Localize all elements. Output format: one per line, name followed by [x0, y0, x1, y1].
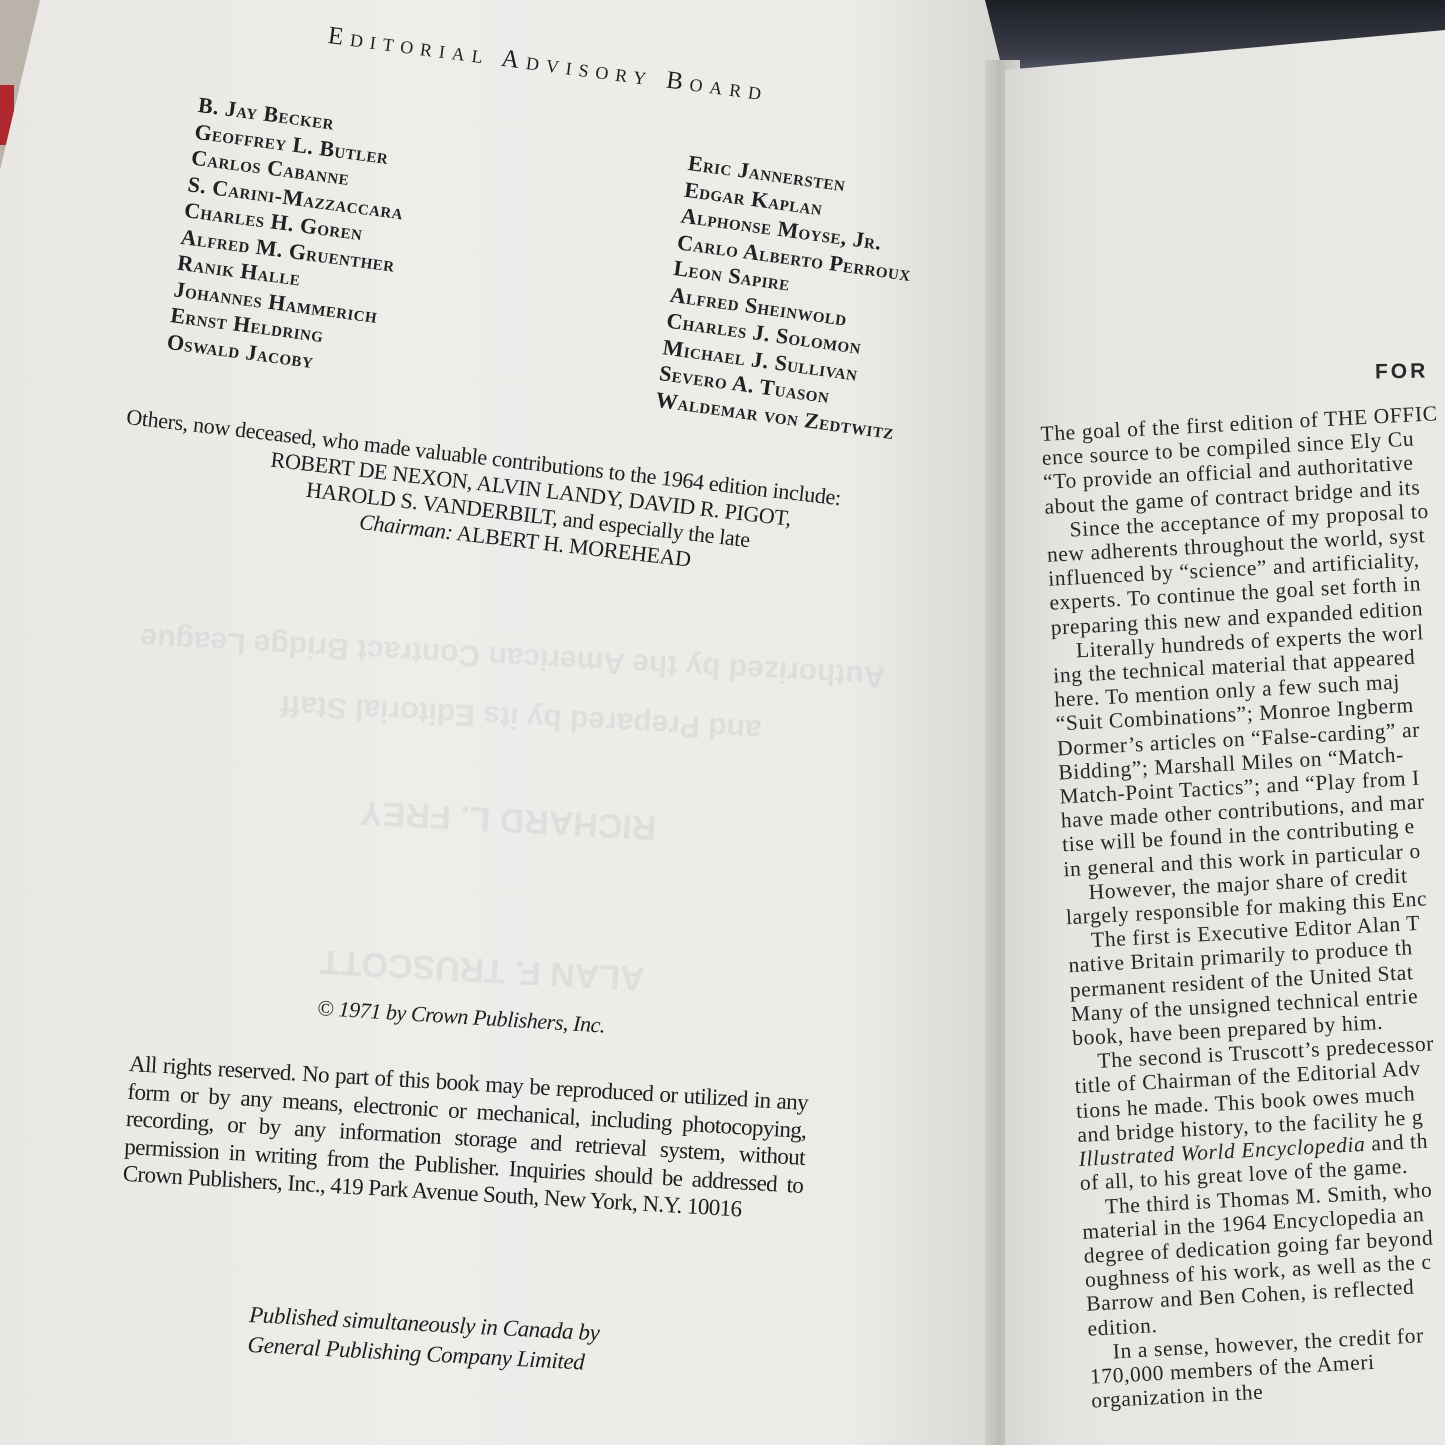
right-page: FOR The goal of the first edition of THE…: [1005, 30, 1445, 1445]
left-page: Authorized by the American Contract Brid…: [0, 0, 1000, 1445]
page-title: Editorial Advisory Board: [326, 22, 770, 108]
show-through-text: ALAN F. TRUSCOTT: [319, 942, 645, 998]
foreword-line-text: and th: [1365, 1129, 1429, 1156]
board-list-left: B. Jay Becker Geoffrey L. Butler Carlos …: [165, 92, 415, 383]
show-through-text: Authorized by the American Contract Brid…: [140, 621, 886, 694]
show-through-text: and Prepared by its Editorial Staff: [279, 687, 762, 746]
copyright-notice: © 1971 by Crown Publishers, Inc.: [316, 995, 606, 1039]
foreword-body: The goal of the first edition of THE OFF…: [1040, 395, 1445, 1413]
foreword-heading: FOR: [1375, 360, 1429, 385]
show-through-text: RICHARD L. FREY: [359, 792, 657, 846]
board-list-right: Eric Jannersten Edgar Kaplan Alphonse Mo…: [654, 150, 928, 445]
canada-publication-note: Published simultaneously in Canada by Ge…: [247, 1300, 600, 1378]
rights-statement: All rights reserved. No part of this boo…: [122, 1050, 809, 1226]
